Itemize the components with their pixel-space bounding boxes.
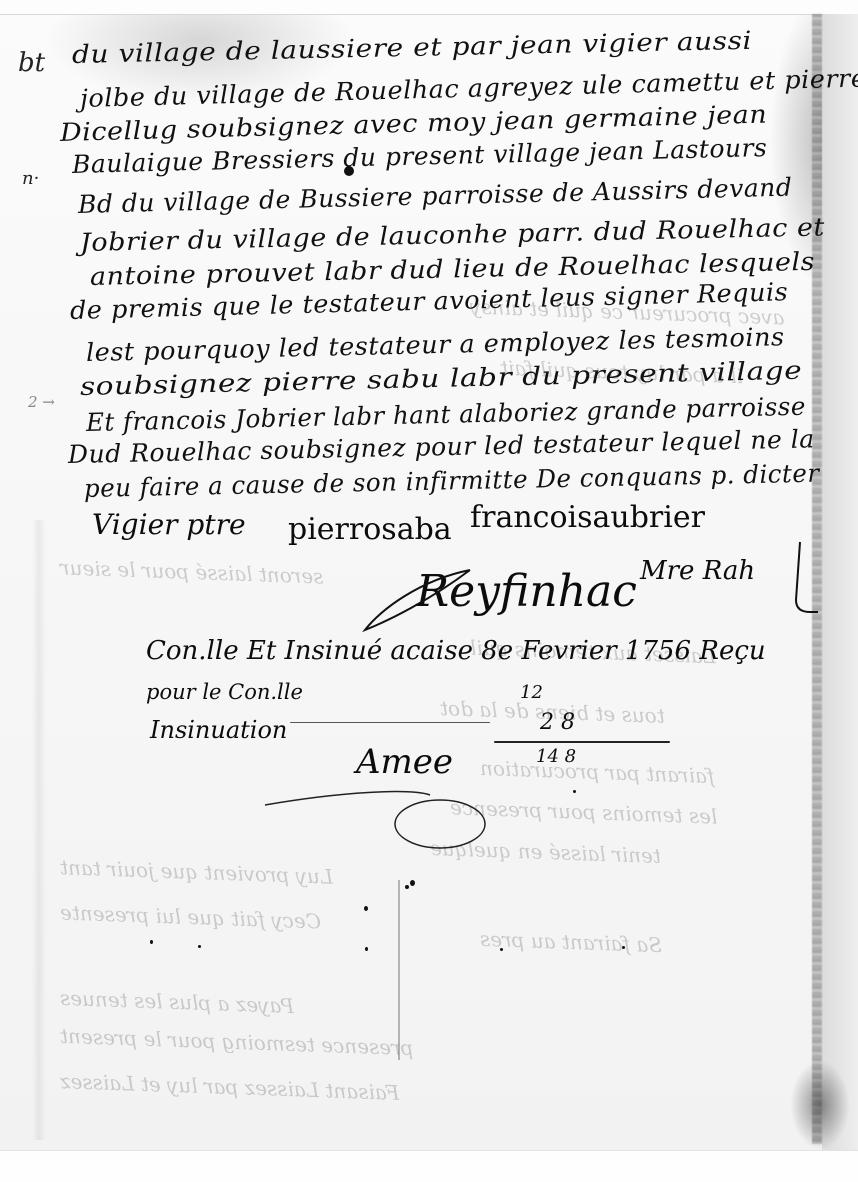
signature-notary-suffix: Mre Rah	[640, 556, 755, 586]
left-fold-shadow	[32, 520, 46, 1140]
fee-amount-1: 12	[520, 682, 543, 703]
scanned-document-page: avec procureur ce quil et ainsy il a par…	[0, 0, 858, 1182]
ink-speck	[573, 790, 576, 793]
fee-amount-2-bottom: 14 8	[536, 746, 576, 767]
clerk-flourish-icon	[260, 780, 500, 850]
margin-note-numbered: 2 →	[28, 393, 55, 411]
ink-speck	[150, 940, 153, 944]
bleed-line: seront laissé pour le sieur	[60, 555, 324, 588]
registration-line-2: pour le Con.lle	[146, 680, 303, 704]
notary-bracket-icon	[778, 540, 818, 620]
registration-line-1: Con.lle Et Insinué acaise 8e Fevrier 175…	[146, 636, 766, 666]
signature-pierre-saba: pierrosaba	[288, 512, 452, 547]
clerk-signature: Amee	[356, 742, 453, 782]
body-line: Bd du village de Bussiere parroisse de A…	[78, 173, 793, 219]
ink-speck	[622, 946, 625, 949]
center-crease	[398, 880, 400, 1060]
bleed-line: Luy provient que jouir tant	[60, 855, 334, 889]
corner-smudge	[790, 1060, 850, 1150]
signature-vigier: Vigier ptre	[92, 508, 246, 541]
bleed-line: fairant par procuration	[480, 756, 715, 788]
fee-amount-2-top: 2 8	[540, 710, 575, 735]
bleed-line: presence tesmoing pour le present	[60, 1024, 414, 1060]
bleed-line: Faisant Laissez par luy et Laissez	[60, 1069, 400, 1105]
ink-blot	[344, 166, 354, 176]
ink-speck	[500, 948, 503, 951]
signature-francois-aubrier: francoisaubrier	[470, 500, 705, 535]
signature-flourish-icon	[360, 560, 480, 640]
page-bottom-edge	[0, 1150, 858, 1182]
margin-note-top: bt	[18, 48, 45, 78]
margin-note-mid: n·	[22, 168, 39, 189]
ink-speck	[405, 885, 409, 889]
bleed-line: Cecy fait que lui presente	[60, 900, 322, 933]
ink-speck	[410, 880, 415, 886]
ink-speck	[198, 945, 201, 948]
body-line: du village de laussiere et par jean vigi…	[72, 26, 753, 69]
ink-speck	[365, 947, 368, 951]
dotted-rule	[290, 722, 490, 723]
ink-speck	[364, 906, 368, 911]
page-top-edge	[0, 0, 858, 15]
sum-rule	[494, 741, 670, 743]
bleed-line: Payez a plus les tenues	[60, 986, 295, 1018]
registration-line-3: Insinuation	[150, 716, 287, 744]
page-right-margin	[822, 14, 858, 1150]
bleed-line: Sa fairant au pres	[480, 927, 663, 957]
